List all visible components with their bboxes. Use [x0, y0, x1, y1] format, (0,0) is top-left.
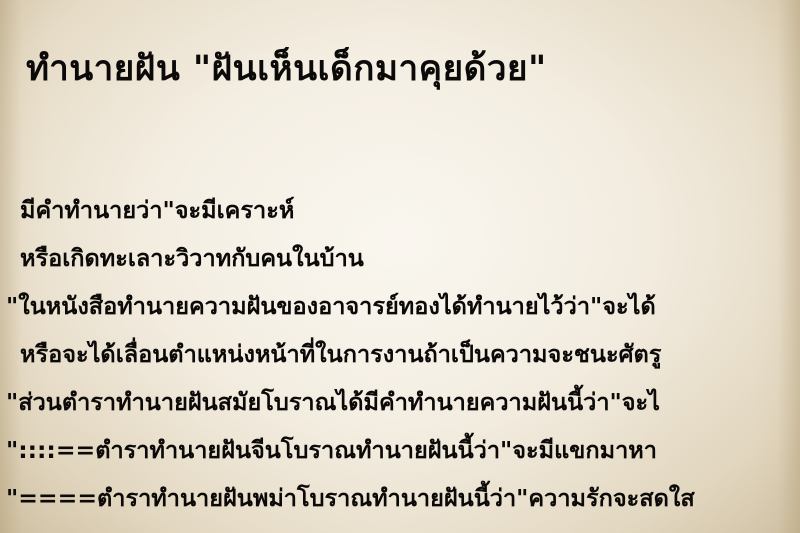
text-line-6: "::::==ตำราทำนายฝันจีนโบราณทำนายฝันนี้ว่…	[0, 426, 800, 474]
text-line-1: มีคำทำนายว่า"จะมีเคราะห์	[0, 186, 800, 234]
text-line-3: "ในหนังสือทำนายความฝันของอาจารย์ทองได้ทำ…	[0, 282, 800, 330]
text-line-4: หรือจะได้เลื่อนตำแหน่งหน้าที่ในการงานถ้า…	[0, 330, 800, 378]
text-line-5: "ส่วนตำราทำนายฝันสมัยโบราณได้มีคำทำนายคว…	[0, 378, 800, 426]
interpretation-text: มีคำทำนายว่า"จะมีเคราะห์ หรือเกิดทะเลาะว…	[0, 186, 800, 522]
page-title: ทำนายฝัน "ฝันเห็นเด็กมาคุยด้วย"	[26, 39, 547, 99]
text-line-2: หรือเกิดทะเลาะวิวาทกับคนในบ้าน	[0, 234, 800, 282]
text-line-7: "====ตำราทำนายฝันพม่าโบราณทำนายฝันนี้ว่า…	[0, 474, 800, 522]
